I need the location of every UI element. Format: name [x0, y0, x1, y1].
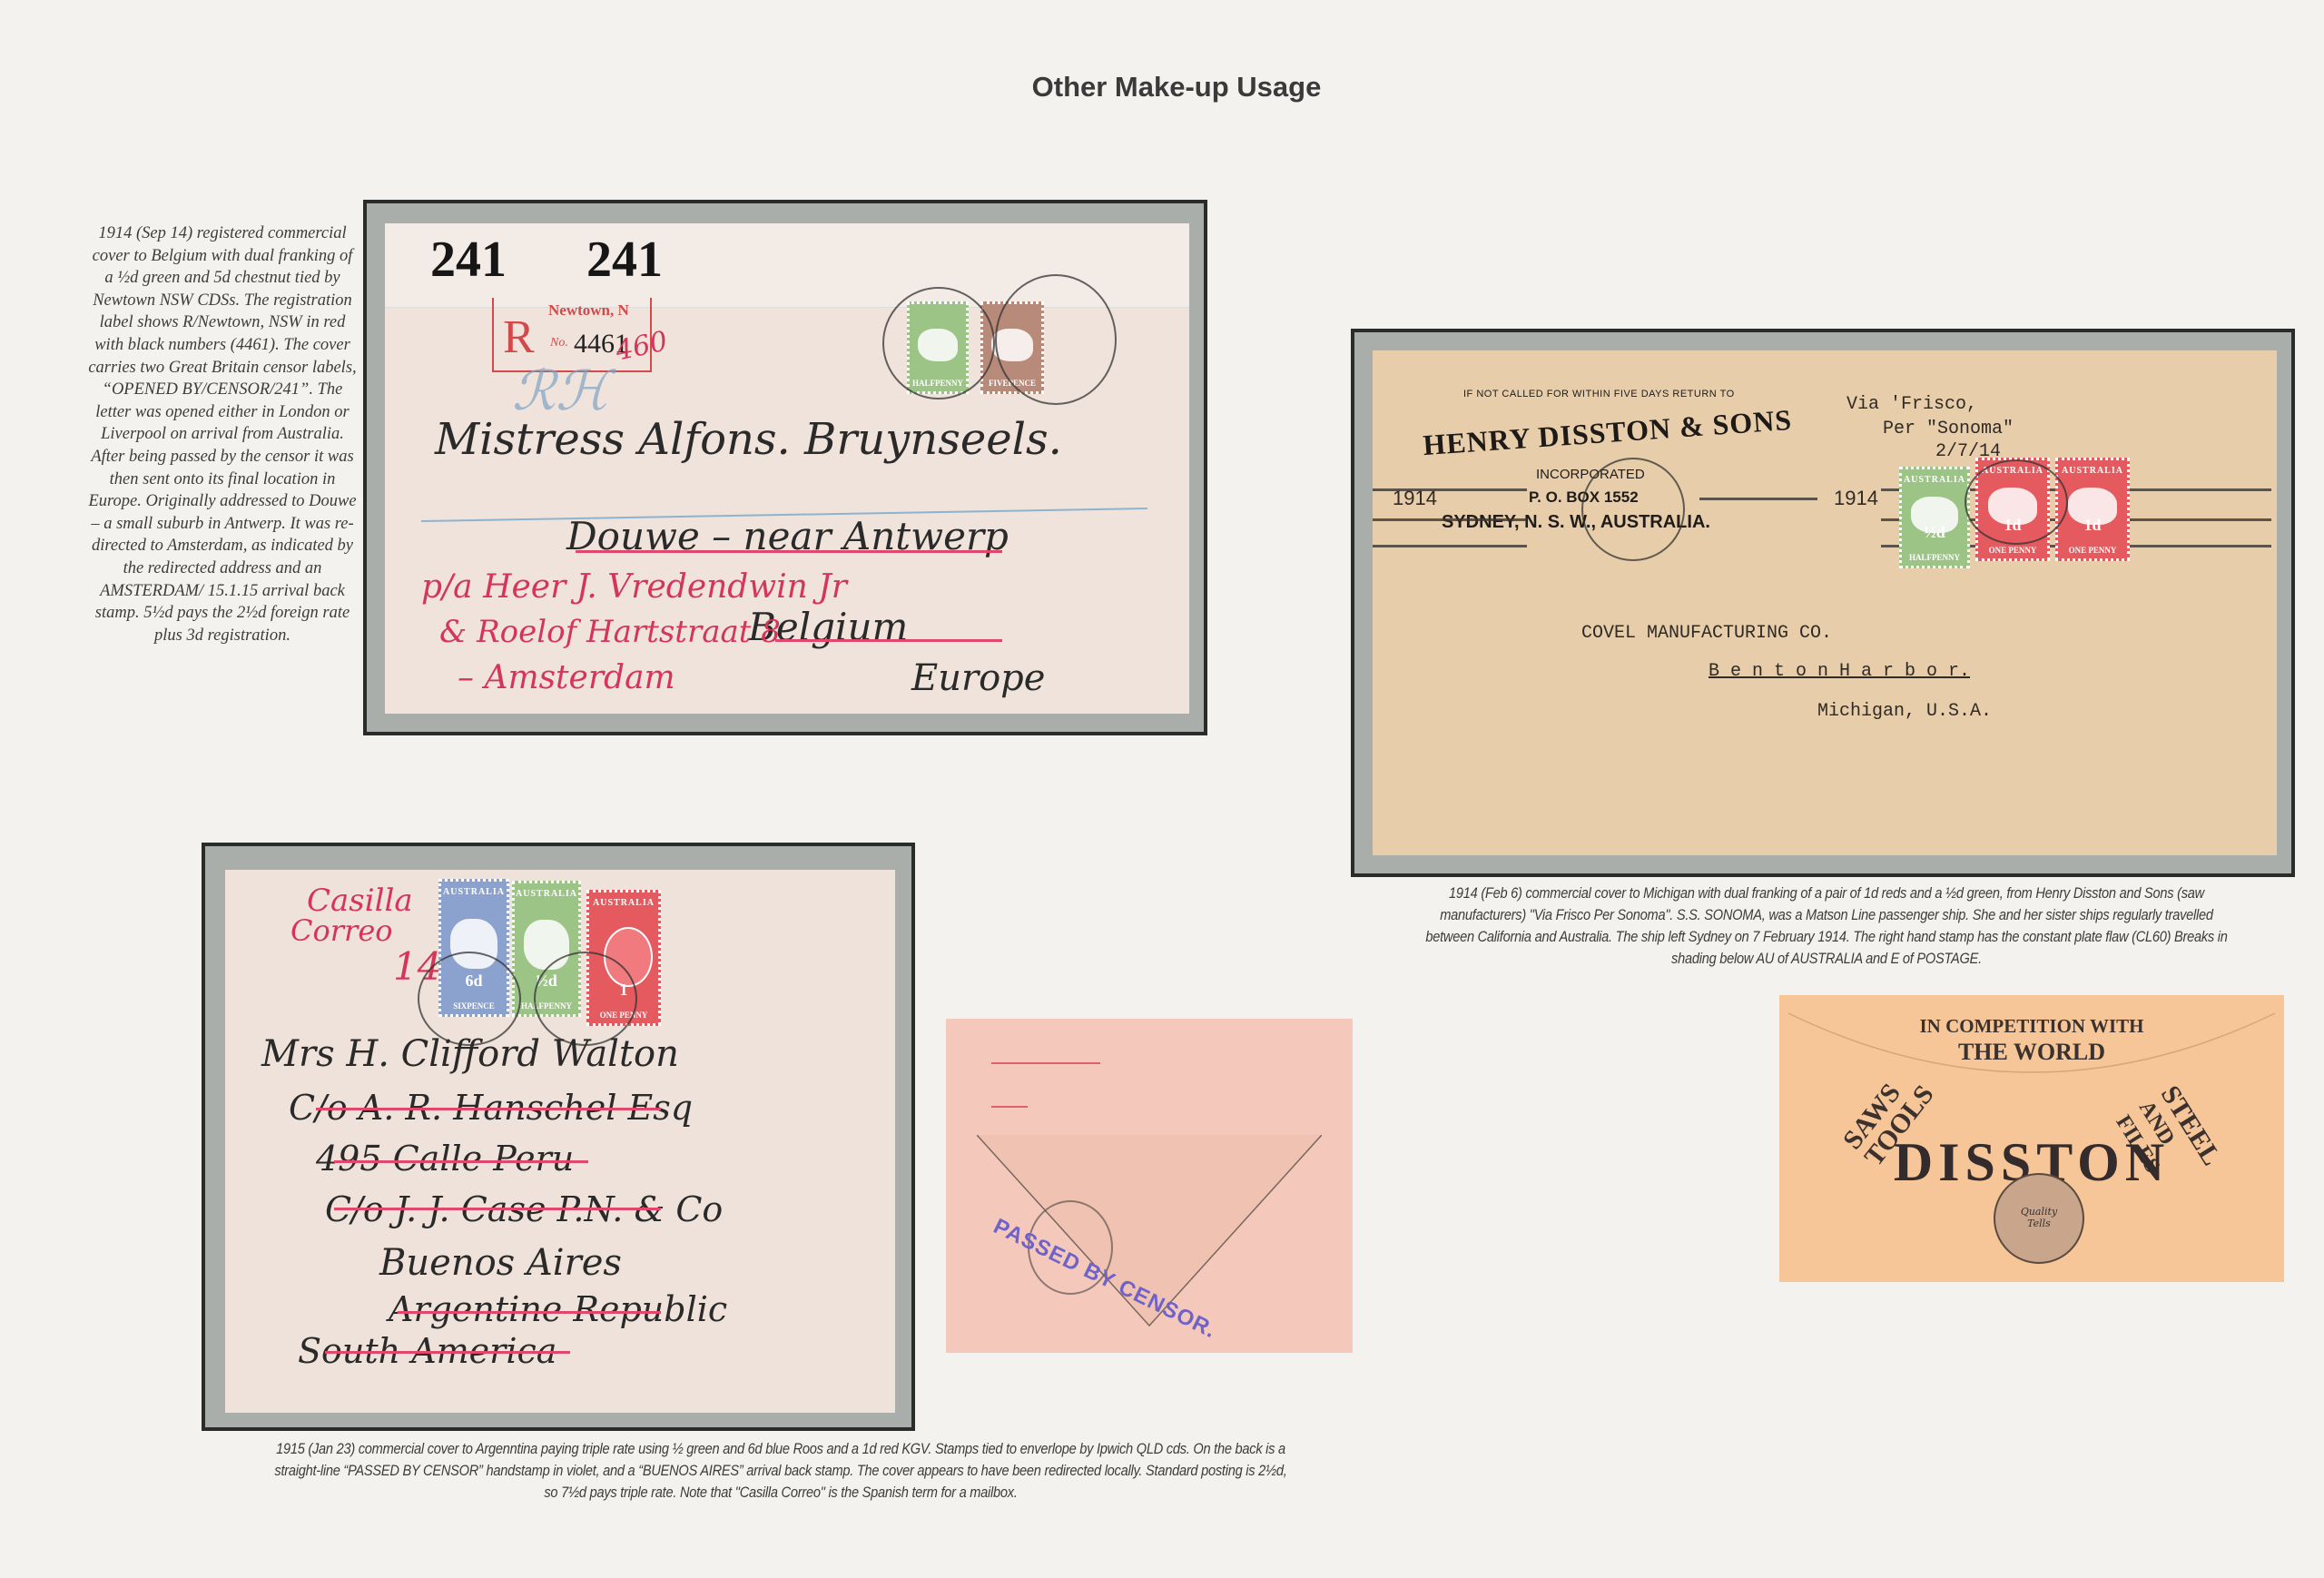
redirect-line: – Amsterdam	[458, 659, 675, 696]
red-strikethrough	[334, 1160, 588, 1163]
red-strikethrough	[334, 1208, 661, 1210]
cover-michigan-mount: IF NOT CALLED FOR WITHIN FIVE DAYS RETUR…	[1351, 329, 2295, 877]
correo-note: Correo	[290, 913, 393, 948]
newtown-postmark	[882, 287, 995, 399]
cover-argentina-mount: Casilla Correo 1468 AUSTRALIA 6d SIXPENC…	[202, 843, 915, 1431]
cover-argentina-back: PASSED BY CENSOR.	[946, 1019, 1353, 1353]
registration-no-prefix: No.	[550, 336, 568, 350]
censor-label-number: 241	[430, 231, 507, 289]
disston-advertising-back: IN COMPETITION WITH THE WORLD SAWS TOOLS…	[1779, 995, 2284, 1282]
red-strikethrough	[576, 550, 1002, 553]
recipient-line: B e n t o n H a r b o r.	[1709, 661, 1970, 682]
stamp-halfpenny-green: AUSTRALIA ½d HALFPENNY	[1899, 467, 1970, 568]
red-strikethrough	[398, 1311, 661, 1314]
machine-postmark	[1581, 458, 1685, 561]
censor-label-number: 241	[586, 231, 663, 289]
return-note: IF NOT CALLED FOR WITHIN FIVE DAYS RETUR…	[1463, 389, 1735, 399]
address-line: Buenos Aires	[379, 1242, 622, 1284]
ipswich-postmark	[534, 952, 637, 1046]
address-line: 495 Calle Peru	[316, 1139, 574, 1179]
redirect-line: & Roelof Hartstraat 8	[439, 614, 781, 650]
address-line: Mistress Alfons. Bruynseels.	[435, 414, 1062, 465]
routing-line: Per "Sonoma"	[1883, 419, 2014, 439]
sender-name: HENRY DISSTON & SONS	[1422, 403, 1793, 462]
address-line: Mrs H. Clifford Walton	[261, 1033, 679, 1075]
registration-town: Newtown, N	[548, 301, 629, 320]
cover-belgium-mount: 241 241 R Newtown, N No. 4461 460 ℛℋ HAL…	[363, 200, 1207, 735]
recipient-line: COVEL MANUFACTURING CO.	[1581, 623, 1832, 644]
quality-seal: Quality Tells	[1994, 1173, 2084, 1264]
sydney-postmark	[1965, 459, 2068, 545]
machine-cancel-year: 1914	[1393, 487, 1437, 510]
red-strikethrough	[775, 639, 1002, 642]
red-strikethrough	[325, 1351, 570, 1354]
cover-belgium: 241 241 R Newtown, N No. 4461 460 ℛℋ HAL…	[385, 223, 1189, 714]
cover-michigan: IF NOT CALLED FOR WITHIN FIVE DAYS RETUR…	[1373, 350, 2277, 855]
routing-line: Via 'Frisco,	[1846, 394, 1977, 415]
machine-cancel-year: 1914	[1834, 487, 1878, 510]
page-title: Other Make-up Usage	[0, 71, 2324, 104]
registration-letter: R	[503, 311, 535, 364]
ipswich-postmark	[418, 952, 521, 1046]
caption-belgium-cover: 1914 (Sep 14) registered commercial cove…	[86, 222, 359, 646]
caption-argentina-cover: 1915 (Jan 23) commercial cover to Argenn…	[273, 1438, 1288, 1504]
caption-michigan-cover: 1914 (Feb 6) commercial cover to Michiga…	[1421, 883, 2232, 970]
cover-argentina: Casilla Correo 1468 AUSTRALIA 6d SIXPENC…	[225, 870, 895, 1413]
recipient-line: Michigan, U.S.A.	[1817, 701, 1992, 722]
red-strikethrough	[316, 1108, 661, 1110]
newtown-postmark	[995, 274, 1117, 405]
redirect-line: p/a Heer J. Vredendwin Jr	[421, 568, 847, 606]
address-line: Argentine Republic	[389, 1289, 727, 1329]
address-line: Europe	[911, 657, 1045, 699]
